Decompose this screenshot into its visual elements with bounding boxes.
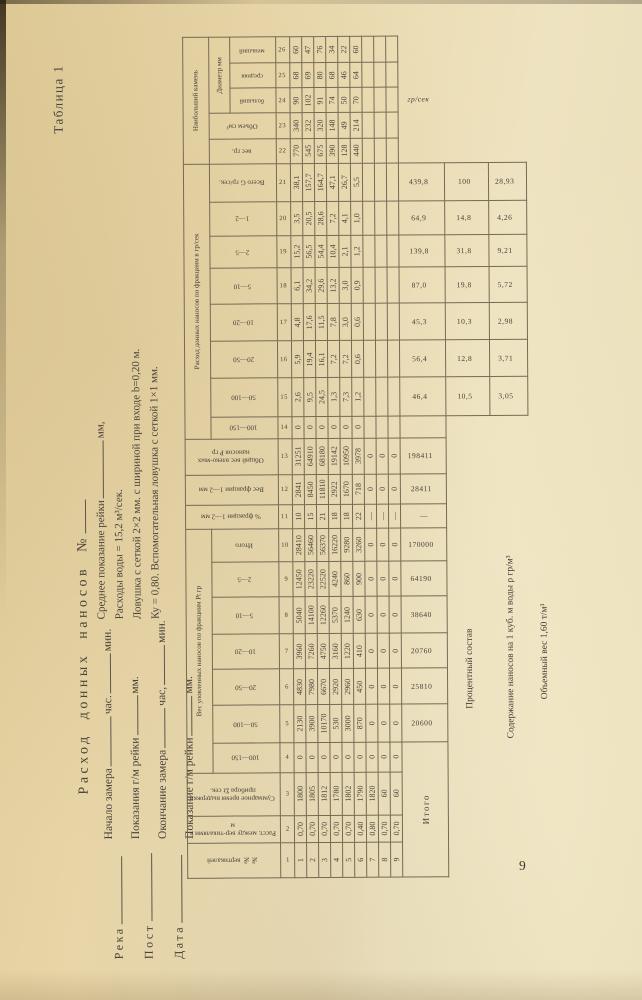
table-cell: 1,0 [351, 201, 363, 235]
column-number: 15 [278, 378, 292, 416]
table-cell: 3978 [352, 438, 364, 474]
table-cell: 7980 [305, 669, 317, 705]
blank-rule [75, 499, 86, 533]
table-cell: 64910 [304, 438, 316, 474]
table-cell [362, 113, 374, 138]
table-cell: 0 [366, 742, 378, 772]
table-cell: 50 [338, 88, 350, 113]
content-row-label: Содержание наносов на 1 куб. м воды ρ гр… [490, 415, 531, 877]
table-cell: 0 [365, 561, 377, 596]
total-cell: 64,9 [399, 201, 445, 235]
table-cell: 74 [326, 88, 338, 113]
table-cell: 56370 [317, 528, 329, 561]
table-cell: 1812 [318, 772, 330, 815]
table-cell: 450 [353, 669, 365, 705]
total-cell: 25810 [401, 668, 447, 704]
form-text: Ловушка с сеткой 2×2 мм. с шириной при в… [130, 349, 144, 620]
header-diameter-mid: средняя [230, 63, 276, 88]
table-cell: 860 [341, 561, 353, 596]
table-cell: 5370 [329, 597, 341, 634]
column-number: 10 [279, 529, 293, 562]
percent-row-cell: 10,3 [445, 303, 489, 340]
table-cell [374, 113, 386, 138]
table-cell: 10 [292, 504, 304, 528]
table-cell: 0,6 [351, 341, 363, 378]
table-cell: 56460 [305, 528, 317, 561]
table-cell: 0 [378, 742, 390, 772]
header-fraction: 1—2 [210, 202, 277, 237]
table-cell: 0 [364, 438, 376, 474]
table-cell: 1790 [354, 772, 366, 815]
table-cell [362, 88, 374, 113]
blank-rule [100, 716, 111, 766]
table-cell: 47 [302, 37, 314, 63]
column-number: 18 [277, 268, 291, 304]
table-cell: 1240 [341, 596, 353, 633]
table-cell: 0 [377, 596, 389, 633]
table-cell: — [376, 504, 388, 528]
table-cell: 7,2 [327, 341, 339, 378]
table-cell: 164,7 [314, 163, 326, 201]
table-cell: — [364, 504, 376, 528]
table-cell: 16,1 [315, 341, 327, 378]
table-cell [387, 201, 399, 235]
column-number: 25 [276, 63, 290, 88]
table-cell: 4830 [293, 669, 305, 705]
table-cell: 675 [314, 138, 326, 163]
table-cell: 1800 [294, 772, 306, 815]
content-row: Содержание наносов на 1 куб. м воды ρ гр… [488, 35, 531, 876]
table-cell [386, 36, 398, 62]
total-cell: 87,0 [399, 267, 445, 303]
table-body: 10,7018000213048303960504012450284101028… [290, 35, 561, 878]
column-number: 26 [276, 37, 290, 63]
table-cell: 0 [389, 668, 401, 704]
table-cell: 49 [338, 113, 350, 138]
table-cell: 440 [350, 138, 362, 163]
table-cell [362, 163, 374, 201]
table-cell: 5 [343, 842, 355, 877]
table-cell: 19,4 [303, 341, 315, 378]
table-cell: 0 [316, 416, 328, 438]
table-cell: 1 [295, 843, 307, 878]
percent-row-label: Процентный состав [446, 415, 493, 877]
form-text: Расход донных наносов № [75, 535, 92, 795]
table-cell: 1780 [330, 772, 342, 815]
table-cell: 1,2 [351, 235, 363, 267]
content-row-cell: 9,21 [489, 234, 527, 266]
table-cell: 14100 [305, 597, 317, 634]
table-cell: 22520 [317, 561, 329, 596]
table-cell: 0 [342, 742, 354, 772]
form-text: Окончание замера [156, 750, 169, 839]
content-row-cell: 28,93 [488, 162, 526, 200]
blank-rule [100, 653, 111, 693]
table-cell: 0 [378, 705, 390, 742]
blank-rule [141, 854, 152, 922]
table-cell [362, 138, 374, 163]
table-cell: 5040 [293, 597, 305, 634]
total-cell: 170000 [401, 528, 447, 561]
table-cell: 38,1 [290, 163, 302, 201]
table-cell [363, 340, 375, 377]
form-text: мин. [156, 620, 168, 643]
table-cell: 0,9 [351, 267, 363, 303]
table-cell: 0 [390, 704, 402, 741]
header-group-discharge: Расход донных наносов по фракциям в гр/с… [183, 164, 211, 439]
table-cell: 29,6 [315, 268, 327, 304]
content-row-cell: 5,72 [489, 266, 527, 302]
table-cell: 3,0 [339, 304, 351, 341]
table-cell: 0 [390, 742, 402, 772]
table-cell: 9 [391, 842, 403, 877]
column-number: 7 [279, 634, 293, 669]
total-row: Итого2060025810207603864064190170000—284… [398, 36, 449, 877]
table-cell: 390 [326, 138, 338, 163]
table-cell: 54,4 [315, 235, 327, 267]
total-cell: — [400, 504, 446, 528]
table-cell: 17,6 [303, 304, 315, 341]
column-number: 9 [279, 562, 293, 597]
table-cell: 9,5 [304, 378, 316, 416]
table-cell: 7,2 [339, 341, 351, 378]
table-cell: 76 [314, 36, 326, 62]
header-fraction: Всего G гр/сек. [209, 163, 276, 202]
header-fraction: 20—50 [210, 341, 277, 379]
table-cell: 15,2 [291, 236, 303, 268]
table-cell: 0 [292, 416, 304, 438]
table-cell: 2960 [341, 669, 353, 705]
table-cell: 232 [302, 113, 314, 138]
percent-row-cell: 14,8 [445, 200, 489, 234]
percent-row-cell: 19,8 [445, 267, 489, 303]
table-cell: 5,9 [291, 341, 303, 378]
column-number: 22 [276, 138, 290, 163]
table-cell: 0 [365, 528, 377, 561]
table-cell: 80 [314, 63, 326, 88]
table-cell [364, 416, 376, 438]
header-fraction: 5—10 [212, 597, 279, 635]
table-cell: 60 [290, 37, 302, 63]
total-cell [400, 415, 446, 437]
table-cell: 3 [319, 842, 331, 877]
form-conditions-fields: Среднее показание рейкимм,Расходы воды =… [92, 349, 168, 620]
table-cell: 1820 [366, 772, 378, 815]
table-cell: 340 [290, 113, 302, 138]
total-cell: 38640 [401, 596, 447, 633]
table-cell: 24,5 [316, 378, 328, 416]
table-cell: 11810 [316, 474, 328, 504]
column-number: 11 [278, 505, 292, 529]
table-cell: 2130 [294, 705, 306, 742]
table-cell: 7,3 [340, 378, 352, 416]
table-cell: 23220 [305, 562, 317, 597]
column-number: 6 [279, 669, 293, 705]
blank-rule [111, 856, 122, 924]
table-cell: 0 [389, 528, 401, 561]
table-cell: 2,1 [339, 235, 351, 267]
form-line: Среднее показание рейкимм, [92, 349, 108, 620]
column-number: 24 [276, 88, 290, 113]
header-fraction: 50—100 [213, 705, 280, 743]
table-cell: 4,8 [291, 304, 303, 341]
column-number: 16 [277, 341, 291, 378]
form-title: Расход донных наносов № [75, 497, 93, 795]
table-cell: 69 [302, 63, 314, 88]
table-cell: 0 [377, 561, 389, 596]
blank-rule [154, 708, 165, 748]
table-cell: 157,7 [302, 163, 314, 201]
table-cell: 0 [294, 742, 306, 772]
table-cell: 0 [388, 438, 400, 474]
table-cell: 11,5 [315, 304, 327, 341]
table-cell: 60 [390, 772, 402, 815]
table-cell: 0 [376, 438, 388, 474]
form-line: Пост [141, 852, 156, 960]
table-caption: Таблица 1 [50, 64, 66, 133]
table-cell: 1802 [342, 772, 354, 815]
table-cell: 4750 [317, 634, 329, 669]
table-cell: 630 [353, 596, 365, 633]
table-cell: 1220 [341, 634, 353, 669]
content-row-cell: 3,05 [490, 377, 528, 415]
percent-row-cell: 10,5 [446, 377, 490, 415]
table-cell: 3900 [306, 705, 318, 742]
table-cell: 0 [354, 742, 366, 772]
table-cell: 0 [352, 416, 364, 438]
table-cell: 0 [388, 474, 400, 504]
table-cell: 68 [326, 63, 338, 88]
column-number: 14 [278, 416, 292, 438]
table-cell [387, 303, 399, 340]
column-number: 5 [280, 705, 294, 742]
form-text: Начало замера [103, 768, 115, 839]
table-cell: 90 [290, 88, 302, 113]
form-line: Окончание замерачас,мин. [154, 620, 169, 839]
table-cell [363, 267, 375, 303]
header-stone-weight: вес гр. [209, 138, 276, 163]
table-cell: 91 [314, 88, 326, 113]
table-cell: 68 [290, 63, 302, 88]
column-number: 13 [278, 438, 292, 474]
table-cell: 5,5 [350, 163, 362, 201]
table-cell: 1805 [306, 772, 318, 815]
table-cell: 2 [307, 842, 319, 877]
table-cell [386, 87, 398, 112]
header-fraction: 10—20 [210, 304, 277, 342]
table-cell: 0,70 [294, 815, 306, 842]
table-cell: 0,70 [318, 815, 330, 842]
column-number: 20 [277, 202, 291, 236]
table-cell: 770 [290, 138, 302, 163]
table-cell: 545 [302, 138, 314, 163]
form-line: Показания г/м рейкимм. [127, 621, 142, 840]
table-cell: 0,70 [330, 815, 342, 842]
table-cell: 320 [314, 113, 326, 138]
form-line: Расход донных наносов № [75, 497, 93, 795]
table-cell: 28410 [293, 529, 305, 562]
table-cell: 3260 [353, 528, 365, 561]
table-cell [374, 138, 386, 163]
table-cell: 26,7 [338, 163, 350, 201]
table-cell: 148 [326, 113, 338, 138]
table-cell: 2,6 [292, 378, 304, 416]
table-cell: 21 [316, 504, 328, 528]
table-cell: 7260 [305, 634, 317, 669]
table-cell: 7,2 [327, 201, 339, 235]
column-number: 12 [278, 474, 292, 504]
table-cell: 0 [306, 742, 318, 772]
header-verticals: №№ вертикалей [188, 843, 281, 879]
table-cell: 22 [338, 36, 350, 62]
column-number: 4 [280, 742, 294, 772]
table-cell: 18 [328, 504, 340, 528]
form-text: мм, [94, 422, 106, 439]
table-cell [375, 235, 387, 267]
column-number: 17 [277, 304, 291, 341]
table-cell [386, 163, 398, 201]
table-cell: 3160 [329, 634, 341, 669]
column-number: 8 [279, 597, 293, 634]
header-fraction: 2—5 [212, 562, 279, 598]
header-group-weight: Вес уловленных наносов по фракциям Pt гр [186, 529, 213, 773]
table-cell: 60 [378, 772, 390, 815]
table-cell: 10,4 [327, 235, 339, 267]
table-cell: 0 [366, 705, 378, 742]
total-cell: 20760 [401, 633, 447, 668]
column-number: 23 [276, 113, 290, 138]
header-fraction: 100—150 [213, 742, 280, 773]
table-cell: 34,2 [303, 268, 315, 304]
table-cell [387, 340, 399, 377]
table-cell: 0,40 [354, 815, 366, 842]
table-cell: 530 [330, 705, 342, 742]
form-line: Ку = 0,80. Вспомогательная ловушка с сет… [148, 349, 162, 620]
table-cell [374, 88, 386, 113]
header-group-diameter: Диаметр мм [209, 37, 230, 114]
table-cell: 0 [377, 528, 389, 561]
table-cell: 13,2 [327, 267, 339, 303]
table-cell [362, 36, 374, 62]
table-cell: 0 [330, 742, 342, 772]
table-cell [374, 36, 386, 62]
total-cell: 439,8 [398, 162, 444, 200]
table-cell: 8450 [304, 474, 316, 504]
table-cell: 1,3 [328, 378, 340, 416]
table-cell [363, 303, 375, 340]
table-cell: 0 [389, 561, 401, 596]
table-cell: 19142 [328, 438, 340, 474]
header-group-stone: Наибольший камень [183, 37, 210, 164]
total-cell: 64190 [401, 561, 447, 596]
table-cell: 3,0 [339, 267, 351, 303]
table-cell: 4240 [329, 561, 341, 596]
table-cell [362, 63, 374, 88]
blank-rule [154, 645, 165, 685]
table-cell: 64 [350, 63, 362, 88]
blank-rule [171, 855, 182, 923]
column-number: 3 [280, 772, 294, 815]
total-cell: 28411 [400, 473, 446, 503]
percent-row-cell: 12,8 [445, 340, 489, 377]
table-head: №№ вертикалей Расст. между вер-тикалями … [183, 37, 295, 879]
table-cell: 4,1 [339, 201, 351, 235]
table-cell: 4 [331, 842, 343, 877]
table-cell [386, 138, 398, 163]
table-cell: 0 [376, 474, 388, 504]
table-cell: — [388, 504, 400, 528]
table-cell: 0,70 [378, 815, 390, 842]
table-cell [388, 377, 400, 415]
content-row-cell: 4,26 [489, 200, 527, 234]
table-cell: 15 [304, 504, 316, 528]
table-cell [376, 378, 388, 416]
table-cell: 3,5 [291, 201, 303, 235]
form-text: Пост [142, 924, 156, 960]
table-cell: 10950 [340, 438, 352, 474]
table-cell: 3000 [342, 705, 354, 742]
table-cell: 18 [340, 504, 352, 528]
table-cell: 0 [304, 416, 316, 438]
table-cell: 0,6 [351, 303, 363, 340]
table-cell: 900 [353, 561, 365, 596]
table-cell: 12260 [317, 597, 329, 634]
percent-row: Процентный состав10,512,810,319,831,814,… [444, 36, 493, 877]
content-row-cell: 3,71 [489, 340, 527, 377]
table-cell: 128 [338, 138, 350, 163]
header-total-weight: Общий вес влеко-мых наносов P гр [185, 438, 278, 475]
table-cell [388, 416, 400, 438]
header-diameter-max: больший [230, 88, 276, 113]
table-cell: 214 [350, 113, 362, 138]
table-cell: 6 [355, 842, 367, 877]
form-line: Расходы воды = 15,2 м³/сек. [112, 349, 126, 620]
header-fraction: Итого [212, 529, 279, 563]
table-cell: 0,70 [390, 815, 402, 842]
table-cell: 12450 [293, 562, 305, 597]
table-cell [375, 340, 387, 377]
header-fraction: 2—5 [210, 236, 277, 269]
header-fraction: 50—100 [211, 378, 278, 417]
percent-row-cell: 100 [444, 162, 488, 200]
table-cell: 8 [379, 842, 391, 877]
table-cell: 1670 [340, 474, 352, 504]
scanned-page: Таблица 1 Расход донных наносов № РекаПо… [0, 0, 642, 1000]
total-cell: 198411 [400, 437, 446, 473]
table-cell: 9280 [341, 528, 353, 561]
table-cell: 0 [365, 633, 377, 668]
table-cell: 0 [377, 633, 389, 668]
form-text: час. [102, 695, 114, 714]
table-cell [376, 416, 388, 438]
column-number: 19 [277, 236, 291, 268]
total-cell: 56,4 [399, 340, 445, 377]
table-cell [375, 303, 387, 340]
total-cell: 20600 [402, 704, 448, 741]
header-stone-volume: Объем см³ [209, 113, 276, 138]
table-cell: 0 [340, 416, 352, 438]
table-cell: 0 [364, 474, 376, 504]
sediment-discharge-table: №№ вертикалей Расст. между вер-тикалями … [182, 35, 561, 879]
table-cell: 6,1 [291, 268, 303, 304]
table-cell [364, 378, 376, 416]
table-cell: 68180 [316, 438, 328, 474]
header-fraction: 20—50 [212, 669, 279, 706]
header-diameter-min: меньший [230, 37, 276, 64]
table-cell: 0,80 [366, 815, 378, 842]
header-fraction: 10—20 [212, 634, 279, 670]
header-fraction: 5—10 [210, 268, 277, 305]
